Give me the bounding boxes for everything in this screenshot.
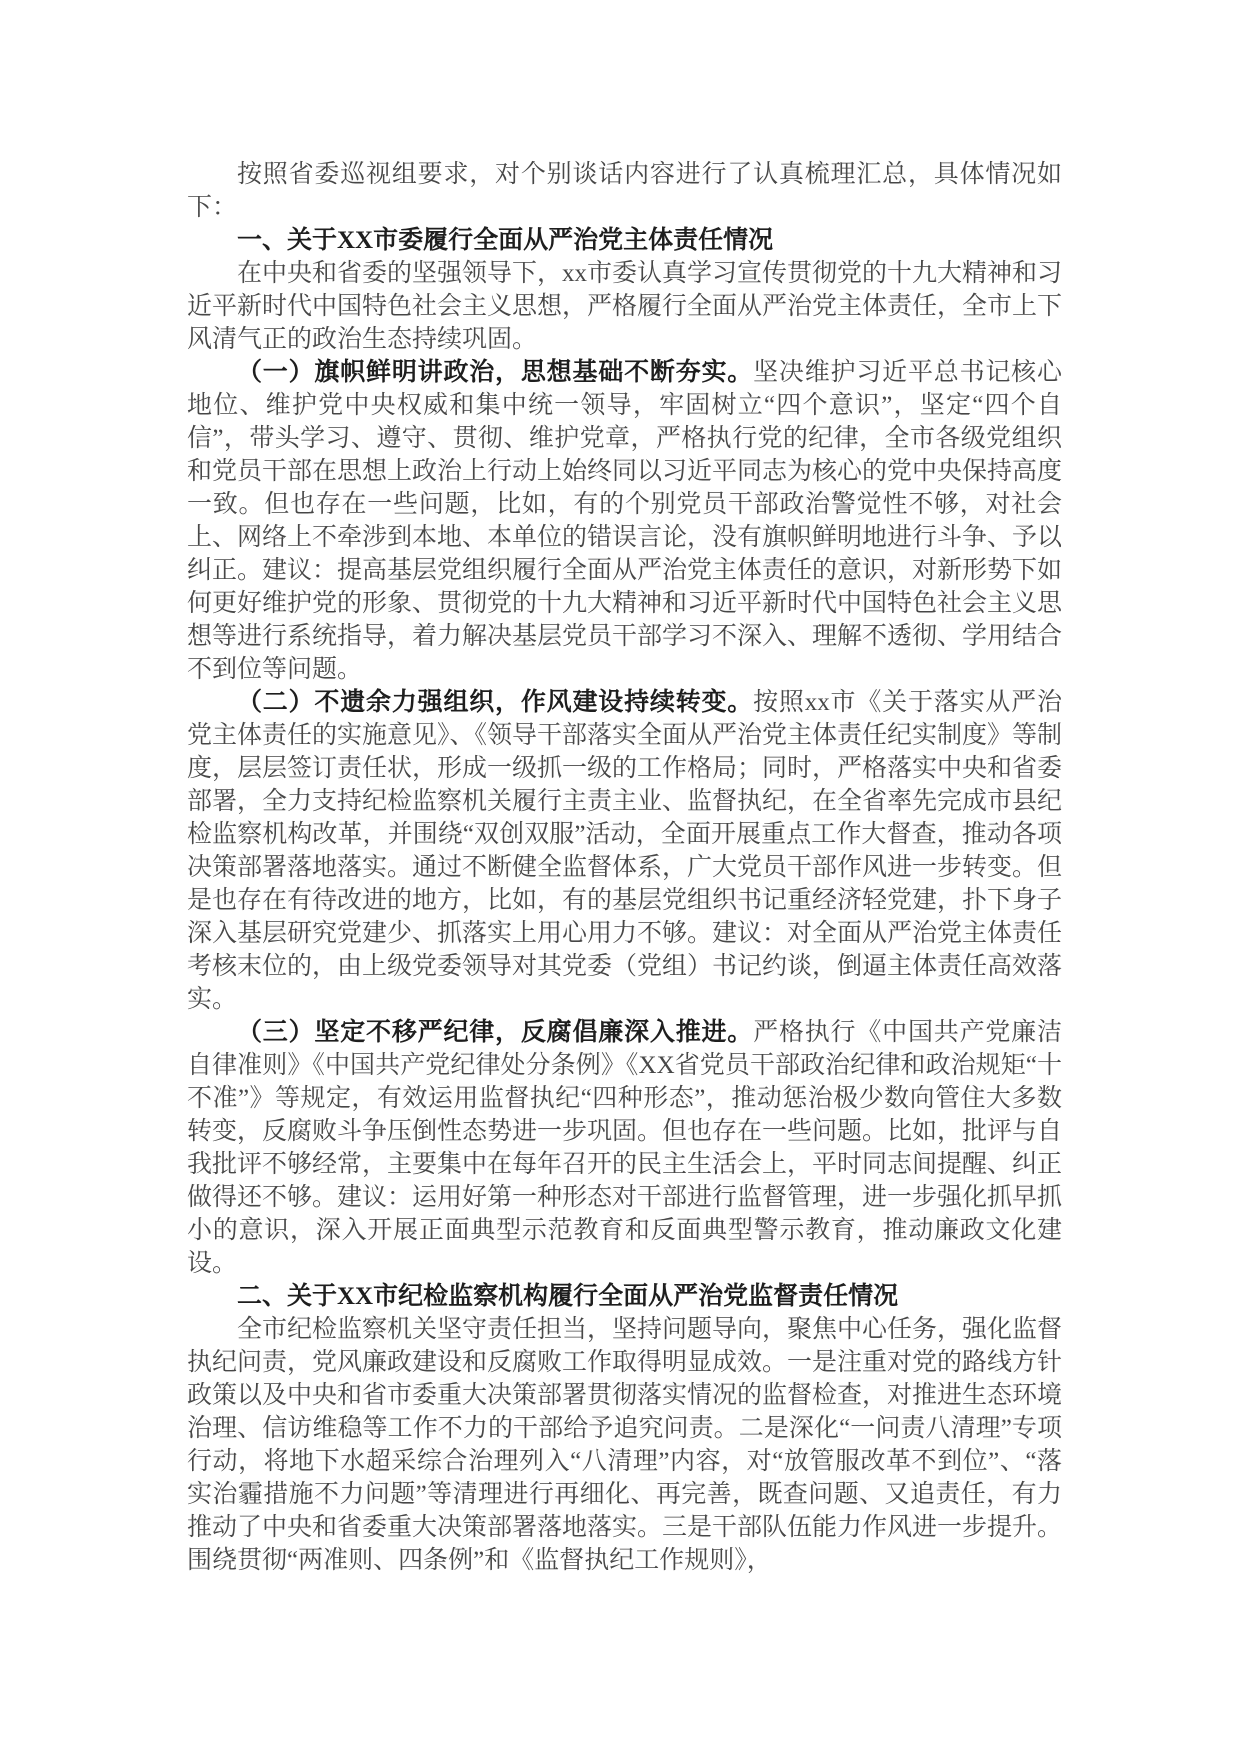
section1-heading: 一、关于XX市委履行全面从严治党主体责任情况: [187, 224, 1062, 257]
section2-heading: 二、关于XX市纪检监察机构履行全面从严治党监督责任情况: [187, 1280, 1062, 1313]
section1-item2-text: 按照xx市《关于落实从严治党主体责任的实施意见》、《领导干部落实全面从严治党主体…: [187, 689, 1062, 1013]
section1-item1-lead: （一）旗帜鲜明讲政治，思想基础不断夯实。: [237, 359, 753, 386]
section1-item2-lead: （二）不遗余力强组织，作风建设持续转变。: [237, 689, 753, 716]
section1-item2: （二）不遗余力强组织，作风建设持续转变。按照xx市《关于落实从严治党主体责任的实…: [187, 686, 1062, 1016]
document-page: 按照省委巡视组要求，对个别谈话内容进行了认真梳理汇总，具体情况如下： 一、关于X…: [0, 0, 1240, 1754]
section1-item3-text: 严格执行《中国共产党廉洁自律准则》《中国共产党纪律处分条例》《XX省党员干部政治…: [187, 1019, 1062, 1277]
section1-item3: （三）坚定不移严纪律，反腐倡廉深入推进。严格执行《中国共产党廉洁自律准则》《中国…: [187, 1016, 1062, 1280]
intro-paragraph: 按照省委巡视组要求，对个别谈话内容进行了认真梳理汇总，具体情况如下：: [187, 158, 1062, 224]
section1-overview: 在中央和省委的坚强领导下，xx市委认真学习宣传贯彻党的十九大精神和习近平新时代中…: [187, 257, 1062, 356]
section1-item3-lead: （三）坚定不移严纪律，反腐倡廉深入推进。: [237, 1019, 753, 1046]
section2-overview: 全市纪检监察机关坚守责任担当，坚持问题导向，聚焦中心任务，强化监督执纪问责，党风…: [187, 1313, 1062, 1577]
section1-item1: （一）旗帜鲜明讲政治，思想基础不断夯实。坚决维护习近平总书记核心地位、维护党中央…: [187, 356, 1062, 686]
section1-item1-text: 坚决维护习近平总书记核心地位、维护党中央权威和集中统一领导，牢固树立“四个意识”…: [187, 359, 1062, 683]
